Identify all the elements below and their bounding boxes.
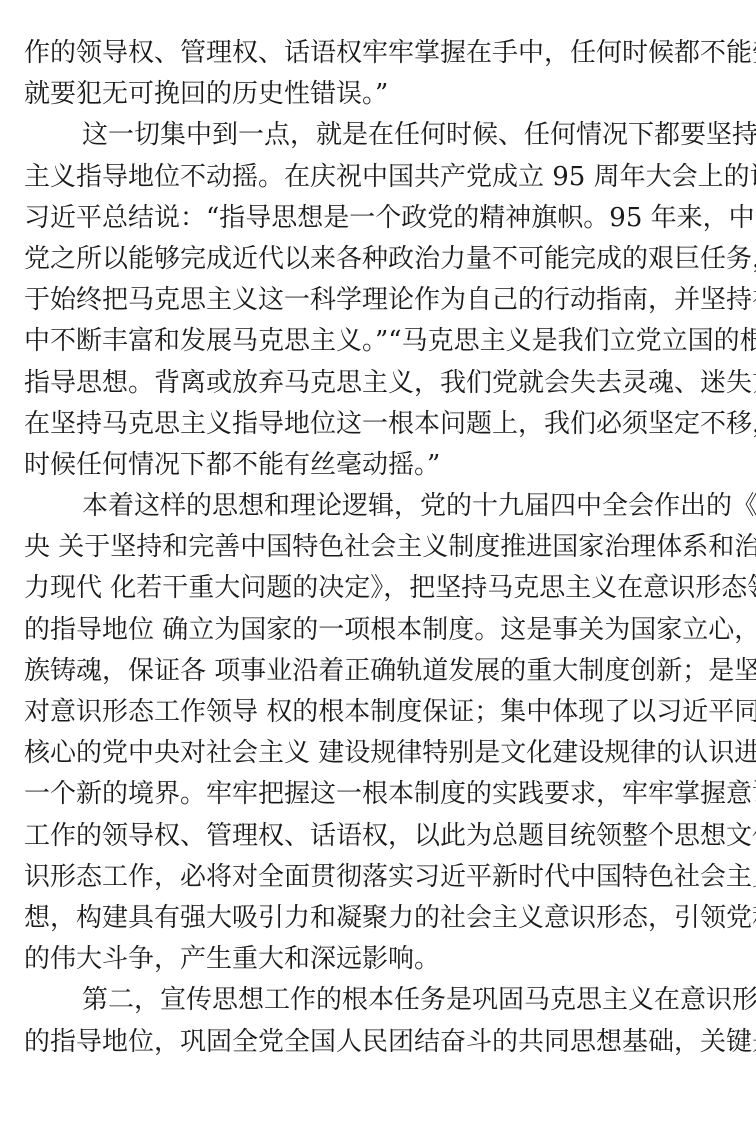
text-line: 的指导地位 确立为国家的一项根本制度。这是事关为国家立心，为民 [24,610,736,651]
text-line: 识形态工作，必将对全面贯彻落实习近平新时代中国特色社会主义思 [24,857,736,898]
text-line: 这一切集中到一点，就是在任何时候、任何情况下都要坚持马克思 [24,115,736,156]
text-line: 作的领导权、管理权、话语权牢牢掌握在手中，任何时候都不能旁落，否则 [24,33,736,74]
text-line: 工作的领导权、管理权、话语权，以此为总题目统领整个思想文化、意 [24,816,736,857]
text-line: 就要犯无可挽回的历史性错误。” [24,74,736,115]
text-line: 对意识形态工作领导 权的根本制度保证；集中体现了以习近平同志为 [24,692,736,733]
text-line: 在坚持马克思主义指导地位这一根本问题上，我们必须坚定不移，任何 [24,404,736,445]
text-line: 的伟大斗争，产生重大和深远影响。 [24,939,736,980]
text-line: 本着这样的思想和理论逻辑，党的十九届四中全会作出的《中共中 [24,486,736,527]
text-line: 习近平总结说：“指导思想是一个政党的精神旗帜。95 年来，中国共产 [24,198,736,239]
paragraph: 本着这样的思想和理论逻辑，党的十九届四中全会作出的《中共中 央 关于坚持和完善中… [24,486,736,980]
text-line: 的指导地位，巩固全党全国人民团结奋斗的共同思想基础，关键是坚定 [24,1022,736,1063]
text-line: 第二，宣传思想工作的根本任务是巩固马克思主义在意识形态领域 [24,980,736,1021]
document-page: 作的领导权、管理权、话语权牢牢掌握在手中，任何时候都不能旁落，否则 就要犯无可挽… [24,33,736,1063]
text-line: 央 关于坚持和完善中国特色社会主义制度推进国家治理体系和治理能 [24,527,736,568]
text-line: 力现代 化若干重大问题的决定》，把坚持马克思主义在意识形态领域 [24,568,736,609]
text-line: 主义指导地位不动摇。在庆祝中国共产党成立 95 周年大会上的讲话中， [24,157,736,198]
text-line: 党之所以能够完成近代以来各种政治力量不可能完成的艰巨任务，就在 [24,239,736,280]
text-line: 指导思想。背离或放弃马克思主义，我们党就会失去灵魂、迷失方向。 [24,363,736,404]
text-line: 于始终把马克思主义这一科学理论作为自己的行动指南，并坚持在实践 [24,280,736,321]
text-line: 一个新的境界。牢牢把握这一根本制度的实践要求，牢牢掌握意识形态 [24,774,736,815]
text-line: 中不断丰富和发展马克思主义。”“马克思主义是我们立党立国的根本 [24,321,736,362]
paragraph: 第二，宣传思想工作的根本任务是巩固马克思主义在意识形态领域 的指导地位，巩固全党… [24,980,736,1062]
paragraph: 作的领导权、管理权、话语权牢牢掌握在手中，任何时候都不能旁落，否则 就要犯无可挽… [24,33,736,115]
text-line: 核心的党中央对社会主义 建设规律特别是文化建设规律的认识进到了 [24,733,736,774]
text-line: 族铸魂，保证各 项事业沿着正确轨道发展的重大制度创新；是坚持党 [24,651,736,692]
text-line: 时候任何情况下都不能有丝毫动摇。” [24,445,736,486]
text-line: 想，构建具有强大吸引力和凝聚力的社会主义意识形态，引领党和人民 [24,898,736,939]
paragraph: 这一切集中到一点，就是在任何时候、任何情况下都要坚持马克思 主义指导地位不动摇。… [24,115,736,486]
